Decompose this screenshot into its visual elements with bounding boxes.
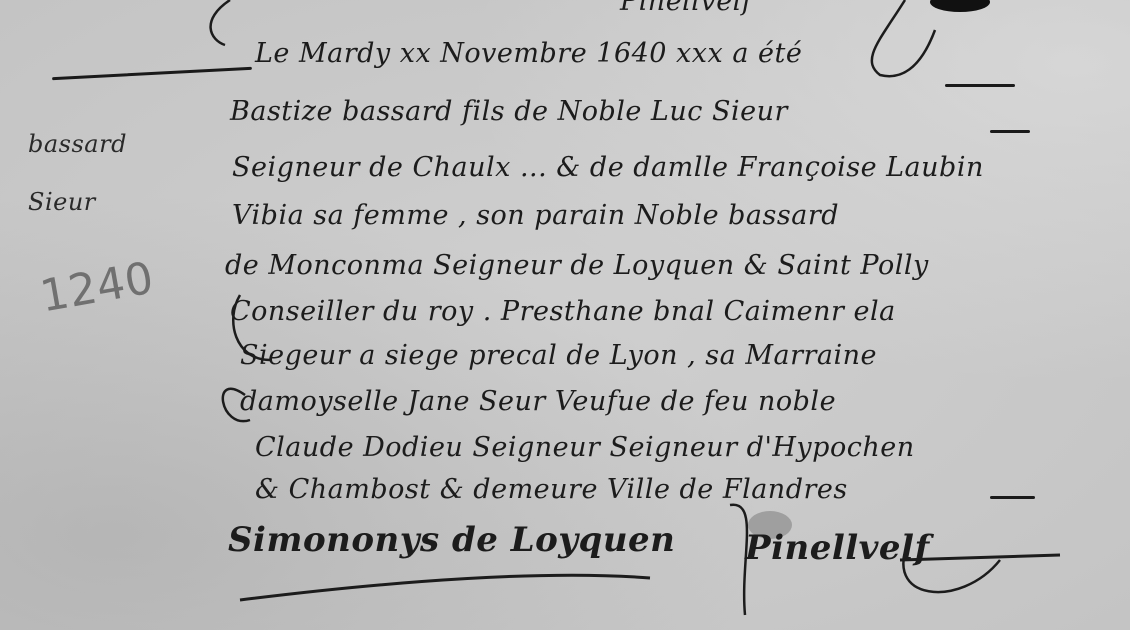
line-end-dash (945, 84, 1015, 87)
signature-priest: Pinellvelf (745, 528, 930, 568)
entry-line-6: Conseiller du roy . Presthane bnal Caime… (230, 296, 896, 327)
entry-line-9: Claude Dodieu Seigneur Seigneur d'Hypoch… (255, 432, 915, 463)
entry-line-2: Bastize bassard fils de Noble Luc Sieur (230, 96, 788, 127)
entry-line-5: de Monconma Seigneur de Loyquen & Saint … (225, 250, 929, 281)
margin-title-note: Sieur (28, 188, 96, 216)
manuscript-page: Pinellvelf bassard Sieur 1240 Le Mardy x… (0, 0, 1130, 630)
entry-line-4: Vibia sa femme , son parain Noble bassar… (232, 200, 839, 231)
entry-line-1: Le Mardy xx Novembre 1640 xxx a été (255, 38, 802, 69)
signature-godmother: Simononys de Loyquen (228, 520, 675, 560)
margin-name-note: bassard (28, 130, 127, 158)
entry-line-10: & Chambost & demeure Ville de Flandres (255, 474, 848, 505)
line-end-dash (990, 130, 1030, 133)
top-fragment-text: Pinellvelf (620, 0, 752, 17)
entry-line-8: damoyselle Jane Seur Veufue de feu noble (240, 386, 836, 417)
line-end-dash (990, 496, 1035, 499)
entry-line-7: Siegeur a siege precal de Lyon , sa Marr… (240, 340, 877, 371)
entry-line-3: Seigneur de Chaulx ... & de damlle Franç… (232, 152, 984, 183)
